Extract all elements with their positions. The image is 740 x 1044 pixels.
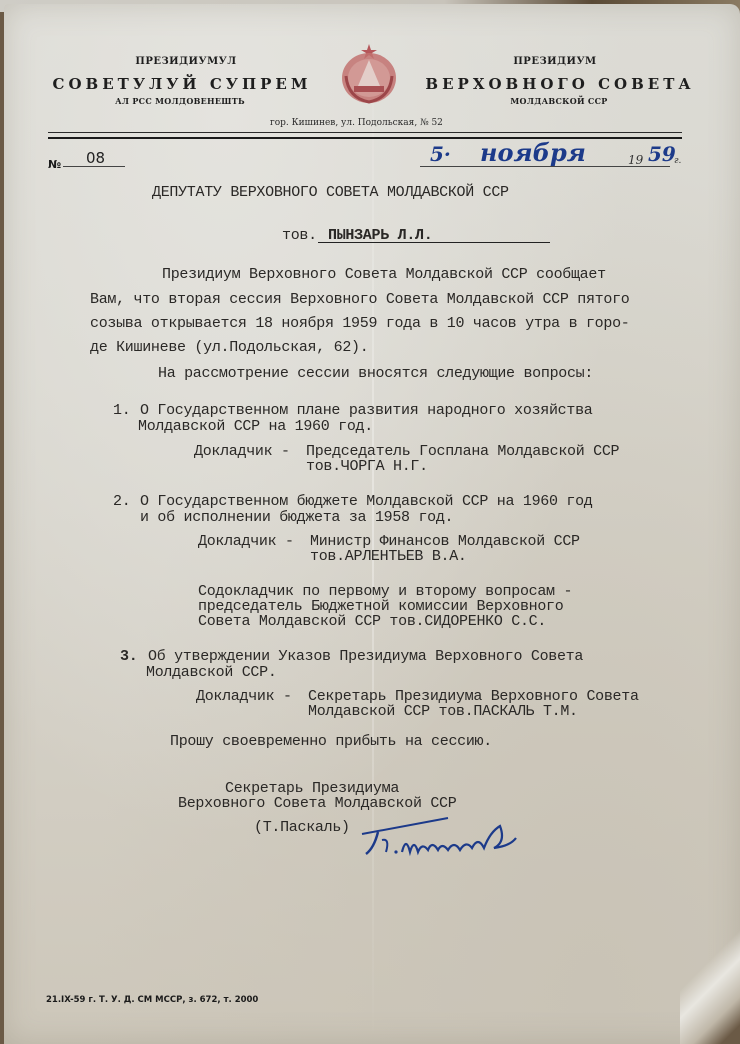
letterhead-right-line2: ВЕРХОВНОГО СОВЕТА — [425, 75, 695, 93]
date-underline — [420, 166, 670, 167]
date-month: ноября — [480, 138, 586, 167]
print-footer: 21.IX-59 г. Т. У. Д. СМ МССР, з. 672, т.… — [46, 995, 258, 1005]
date-year-prefix: 19 — [628, 153, 643, 167]
item-1-title-2: Молдавской ССР на 1960 год. — [138, 418, 373, 435]
letterhead-left-line1: ПРЕЗИДИУМУЛ — [126, 56, 246, 67]
item-1-title-1: О Государственном плане развития народно… — [140, 402, 592, 419]
item-3-speaker-2: Молдавской ССР тов.ПАСКАЛЬ Т.М. — [308, 703, 578, 720]
addressee-title: ДЕПУТАТУ ВЕРХОВНОГО СОВЕТА МОЛДАВСКОЙ СС… — [152, 184, 509, 201]
letterhead-rule-thin — [48, 132, 682, 133]
body-line-1: Президиум Верховного Совета Молдавской С… — [162, 266, 606, 283]
date-year: 59 — [648, 142, 676, 166]
closing-request: Прошу своевременно прибыть на сессию. — [170, 733, 492, 750]
addressee-prefix: тов. — [282, 227, 317, 244]
item-2-title-1: О Государственном бюджете Молдавской ССР… — [140, 493, 592, 510]
item-3-speaker-label: Докладчик - — [196, 688, 292, 705]
body-line-3: созыва открывается 18 ноября 1959 года в… — [90, 315, 630, 332]
agenda-intro: На рассмотрение сессии вносятся следующи… — [158, 365, 593, 382]
item-3-title-1: Об утверждении Указов Президиума Верховн… — [148, 648, 583, 665]
item-3-number: 3. — [120, 648, 137, 665]
item-1-number: 1. — [113, 402, 130, 419]
body-line-4: де Кишиневе (ул.Подольская, 62). — [90, 339, 368, 356]
letterhead-left-line3: АЛ РСС МОЛДОВЕНЕШТЬ — [96, 96, 264, 106]
item-2-speaker-label: Докладчик - — [198, 533, 294, 550]
item-1-speaker-2: тов.ЧОРГА Н.Г. — [306, 458, 428, 475]
letterhead-right-line1: ПРЕЗИДИУМ — [495, 56, 615, 67]
letterhead-address: гор. Кишинев, ул. Подольская, № 52 — [270, 118, 443, 128]
torn-corner — [680, 914, 740, 1044]
letterhead-right-line3: МОЛДАВСКОЙ ССР — [500, 96, 618, 106]
item-2-speaker-2: тов.АРЛЕНТЬЕВ В.А. — [310, 548, 467, 565]
item-2-title-2: и об исполнении бюджета за 1958 год. — [140, 509, 453, 526]
number-underline — [63, 166, 125, 167]
number-label: № — [48, 158, 61, 171]
document-number: 08 — [86, 149, 105, 167]
item-1-speaker-label: Докладчик - — [194, 443, 290, 460]
item-3-title-2: Молдавской ССР. — [146, 664, 277, 681]
signatory-title-2: Верховного Совета Молдавской ССР — [178, 795, 456, 812]
date-day: 5· — [430, 142, 451, 166]
body-line-2: Вам, что вторая сессия Верховного Совета… — [90, 291, 630, 308]
addressee-underline — [318, 242, 550, 243]
date-suffix: г. — [674, 156, 681, 166]
coat-of-arms-icon — [338, 42, 400, 106]
item-2-number: 2. — [113, 493, 130, 510]
signatory-name: (Т.Паскаль) — [254, 819, 350, 836]
letterhead-left-line2: СОВЕТУЛУЙ СУПРЕМ — [52, 75, 312, 93]
letterhead-rule-thick — [48, 137, 682, 139]
handwritten-signature-icon — [360, 812, 530, 864]
item-2-co-speaker-3: Совета Молдавской ССР тов.СИДОРЕНКО С.С. — [198, 613, 546, 630]
